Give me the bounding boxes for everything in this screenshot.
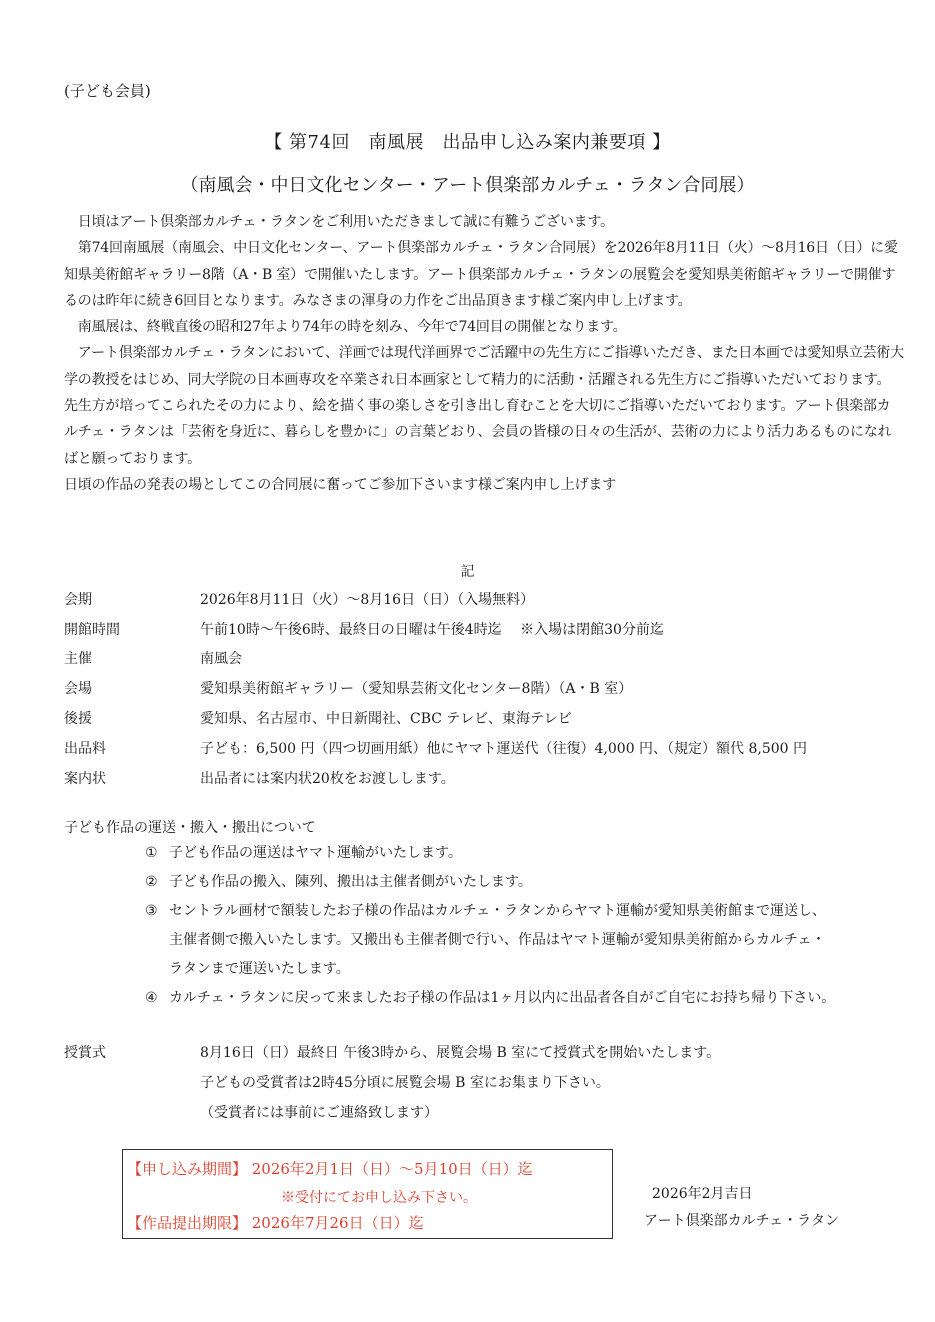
intro-paragraph: アート倶楽部カルチェ・ラタンにおいて、洋画では現代洋画界でご活躍中の先生方にご指… xyxy=(64,340,904,471)
detail-label: 開館時間 xyxy=(64,619,200,639)
detail-value: 子ども：6,500 円（四つ切画用紙）他にヤマト運送代（往復）4,000 円、（… xyxy=(200,738,807,758)
detail-row: 主催 南風会 xyxy=(64,644,807,674)
award-line: 子どもの受賞者は2時45分頃に展覧会場 B 室にお集まり下さい。 xyxy=(200,1068,610,1098)
intro-paragraph: 南風展は、終戦直後の昭和27年より74年の時を刻み、今年で74回目の開催となりま… xyxy=(64,314,904,340)
detail-row: 出品料 子ども：6,500 円（四つ切画用紙）他にヤマト運送代（往復）4,000… xyxy=(64,733,807,763)
list-item: ② 子ども作品の搬入、陳列、搬出は主催者側がいたします。 xyxy=(145,868,835,897)
item-number: ③ xyxy=(145,897,169,984)
member-type-label: (子ども会員) xyxy=(64,80,151,101)
item-text: セントラル画材で額装したお子様の作品はカルチェ・ラタンからヤマト運輸が愛知県美術… xyxy=(169,897,826,984)
application-note: ※受付にてお申し込み下さい。 xyxy=(281,1187,477,1207)
page-subtitle: （南風会・中日文化センター・アート倶楽部カルチェ・ラタン合同展） xyxy=(0,171,935,197)
detail-label: 会期 xyxy=(64,589,200,609)
organization-name: アート倶楽部カルチェ・ラタン xyxy=(644,1210,839,1230)
detail-row: 会期 2026年8月11日（火）～8月16日（日）（入場無料） xyxy=(64,584,807,614)
spacer xyxy=(64,1098,200,1128)
transport-list: ① 子ども作品の運送はヤマト運輸がいたします。 ② 子ども作品の搬入、陳列、搬出… xyxy=(145,839,835,1013)
item-number: ② xyxy=(145,868,169,897)
issue-date: 2026年2月吉日 xyxy=(652,1183,753,1203)
detail-row: 会場 愛知県美術館ギャラリー（愛知県芸術文化センター8階）（A・B 室） xyxy=(64,673,807,703)
award-row: 子どもの受賞者は2時45分頃に展覧会場 B 室にお集まり下さい。 xyxy=(64,1068,720,1098)
item-number: ① xyxy=(145,839,169,868)
detail-value: 出品者には案内状20枚をお渡しします。 xyxy=(200,768,455,788)
item-text: 子ども作品の搬入、陳列、搬出は主催者側がいたします。 xyxy=(169,868,532,897)
list-item: ③ セントラル画材で額装したお子様の作品はカルチェ・ラタンからヤマト運輸が愛知県… xyxy=(145,897,835,984)
details-heading: 記 xyxy=(0,561,935,581)
application-period: 【申し込み期間】 2026年2月1日（日）～5月10日（日）迄 xyxy=(127,1158,533,1179)
intro-paragraph: 日頃の作品の発表の場としてこの合同展に奮ってご参加下さいます様ご案内申し上げます xyxy=(64,472,904,498)
details-list: 会期 2026年8月11日（火）～8月16日（日）（入場無料） 開館時間 午前1… xyxy=(64,584,807,793)
detail-row: 後援 愛知県、名古屋市、中日新聞社、CBC テレビ、東海テレビ xyxy=(64,703,807,733)
detail-label: 出品料 xyxy=(64,738,200,758)
award-line: 8月16日（日）最終日 午後3時から、展覧会場 B 室にて授賞式を開始いたします… xyxy=(200,1038,720,1068)
award-row: 授賞式 8月16日（日）最終日 午後3時から、展覧会場 B 室にて授賞式を開始い… xyxy=(64,1038,720,1068)
detail-row: 開館時間 午前10時～午後6時、最終日の日曜は午後4時迄 ※入場は閉館30分前迄 xyxy=(64,614,807,644)
detail-value: 南風会 xyxy=(200,648,242,668)
item-number: ④ xyxy=(145,984,169,1013)
detail-value: 愛知県美術館ギャラリー（愛知県芸術文化センター8階）（A・B 室） xyxy=(200,678,632,698)
item-text: 子ども作品の運送はヤマト運輸がいたします。 xyxy=(169,839,462,868)
award-label: 授賞式 xyxy=(64,1038,200,1068)
deadline-box: 【申し込み期間】 2026年2月1日（日）～5月10日（日）迄 ※受付にてお申し… xyxy=(122,1149,613,1239)
detail-label: 案内状 xyxy=(64,768,200,788)
page-title: 【 第74回 南風展 出品申し込み案内兼要項 】 xyxy=(0,128,935,154)
detail-label: 会場 xyxy=(64,678,200,698)
list-item: ① 子ども作品の運送はヤマト運輸がいたします。 xyxy=(145,839,835,868)
intro-paragraph: 第74回南風展（南風会、中日文化センター、アート倶楽部カルチェ・ラタン合同展）を… xyxy=(64,235,904,314)
transport-heading: 子ども作品の運送・搬入・搬出について xyxy=(64,817,316,837)
detail-value: 午前10時～午後6時、最終日の日曜は午後4時迄 ※入場は閉館30分前迄 xyxy=(200,619,664,639)
spacer xyxy=(64,1068,200,1098)
award-line: （受賞者には事前にご連絡致します） xyxy=(200,1098,438,1128)
detail-value: 2026年8月11日（火）～8月16日（日）（入場無料） xyxy=(200,589,534,609)
intro-paragraph: 日頃はアート倶楽部カルチェ・ラタンをご利用いただきまして誠に有難うございます。 xyxy=(64,209,904,235)
award-section: 授賞式 8月16日（日）最終日 午後3時から、展覧会場 B 室にて授賞式を開始い… xyxy=(64,1038,720,1128)
detail-label: 後援 xyxy=(64,708,200,728)
detail-value: 愛知県、名古屋市、中日新聞社、CBC テレビ、東海テレビ xyxy=(200,708,572,728)
submission-deadline: 【作品提出期限】 2026年7月26日（日）迄 xyxy=(127,1212,424,1233)
item-text: カルチェ・ラタンに戻って来ましたお子様の作品は1ヶ月以内に出品者各自がご自宅にお… xyxy=(169,984,835,1013)
detail-row: 案内状 出品者には案内状20枚をお渡しします。 xyxy=(64,763,807,793)
award-row: （受賞者には事前にご連絡致します） xyxy=(64,1098,720,1128)
list-item: ④ カルチェ・ラタンに戻って来ましたお子様の作品は1ヶ月以内に出品者各自がご自宅… xyxy=(145,984,835,1013)
detail-label: 主催 xyxy=(64,648,200,668)
intro-section: 日頃はアート倶楽部カルチェ・ラタンをご利用いただきまして誠に有難うございます。 … xyxy=(64,209,904,498)
